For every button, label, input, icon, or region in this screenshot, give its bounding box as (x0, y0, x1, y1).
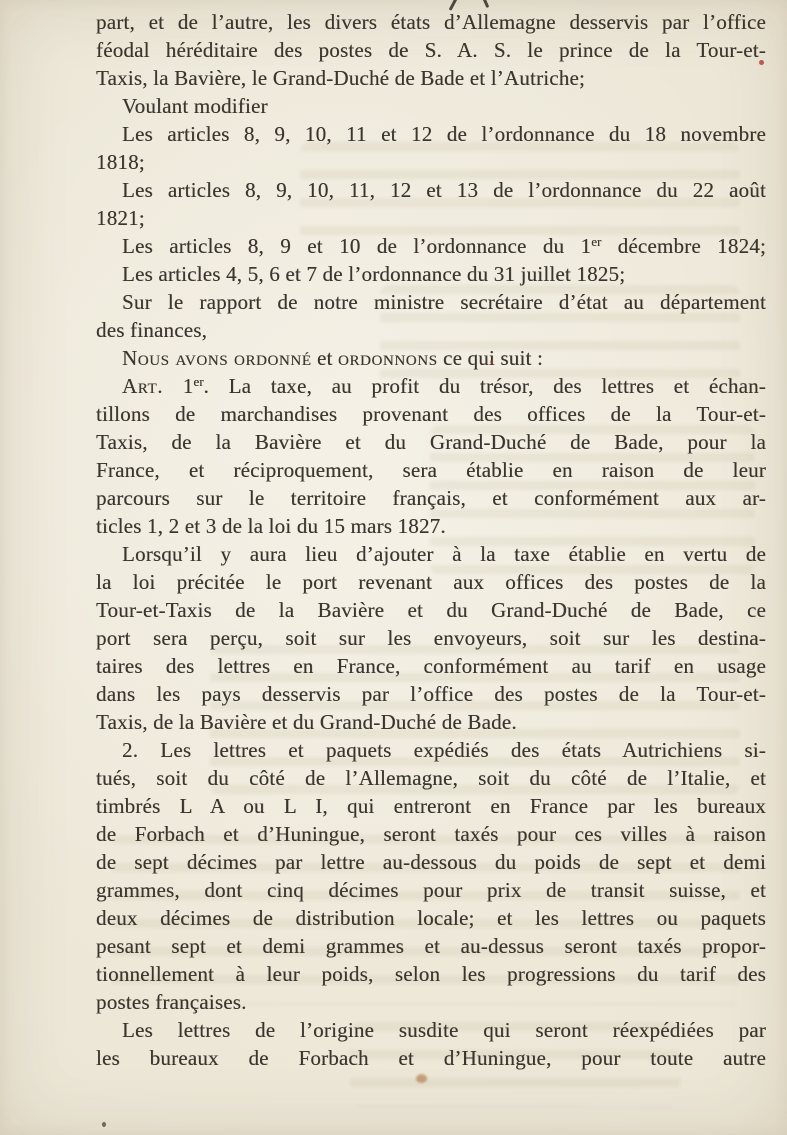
text-line: taires des lettres en France, conforméme… (96, 652, 766, 680)
text-line: ticles 1, 2 et 3 de la loi du 15 mars 18… (96, 512, 766, 540)
line-segment: et (312, 346, 338, 370)
text-line: 1821; (96, 204, 766, 232)
text-line: tués, soit du côté de l’Allemagne, soit … (96, 764, 766, 792)
text-line: dans les pays desservis par l’office des… (96, 680, 766, 708)
text-line: grammes, dont cinq décimes pour prix de … (96, 876, 766, 904)
text-line: Taxis, de la Bavière et du Grand-Duché d… (96, 708, 766, 736)
text-line: Les articles 8, 9, 10, 11, 12 et 13 de l… (96, 176, 766, 204)
text-line: pesant sept et demi grammes et au-dessus… (96, 932, 766, 960)
text-line: Tour-et-Taxis de la Bavière et du Grand-… (96, 596, 766, 624)
article-1-opening-line: Art. 1er. La taxe, au profit du trésor, … (96, 372, 766, 400)
text-line: Les articles 4, 5, 6 et 7 de l’ordonnanc… (96, 260, 766, 288)
text-line: France, et réciproquement, sera établie … (96, 456, 766, 484)
text-line: Sur le rapport de notre ministre secréta… (96, 288, 766, 316)
ordinal-superscript: er (591, 234, 601, 249)
line-segment: décembre 1824; (601, 234, 766, 258)
text-line: féodal héréditaire des postes de S. A. S… (96, 36, 766, 64)
text-line: parcours sur le territoire français, et … (96, 484, 766, 512)
text-line: postes françaises. (96, 988, 766, 1016)
line-segment: 1 (163, 374, 193, 398)
text-line: timbrés L A ou L I, qui entreront en Fra… (96, 792, 766, 820)
text-line: la loi précitée le port revenant aux off… (96, 568, 766, 596)
text-line: tillons de marchandises provenant des of… (96, 400, 766, 428)
text-line: des finances, (96, 316, 766, 344)
text-line: Les lettres de l’origine susdite qui ser… (96, 1016, 766, 1044)
text-line: port sera perçu, soit sur les envoyeurs,… (96, 624, 766, 652)
text-line: Taxis, la Bavière, le Grand-Duché de Bad… (96, 64, 766, 92)
ordinal-superscript: er (193, 374, 203, 389)
text-line: Taxis, de la Bavière et du Grand-Duché d… (96, 428, 766, 456)
small-caps-segment: Nous avons ordonné (122, 346, 312, 370)
article-2-opening-line: 2. Les lettres et paquets expédiés des é… (96, 736, 766, 764)
ink-stain (102, 1122, 106, 1127)
text-line: Voulant modifier (96, 92, 766, 120)
small-caps-segment: Art. (122, 374, 163, 398)
text-line: Lorsqu’il y aura lieu d’ajouter à la tax… (96, 540, 766, 568)
cropped-glyph-fragment (482, 0, 490, 8)
ordination-formula-line: Nous avons ordonné et ordonnons ce qui s… (96, 344, 766, 372)
small-caps-segment: ordonnons (338, 346, 438, 370)
text-line: de sept décimes par lettre au-dessous du… (96, 848, 766, 876)
text-line: Les articles 8, 9, 10, 11 et 12 de l’ord… (96, 120, 766, 148)
line-segment: . La taxe, au profit du trésor, des lett… (204, 374, 766, 398)
scanned-page: part, et de l’autre, les divers états d’… (0, 0, 787, 1135)
text-line: Les articles 8, 9 et 10 de l’ordonnance … (96, 232, 766, 260)
text-line: part, et de l’autre, les divers états d’… (96, 8, 766, 36)
text-line: 1818; (96, 148, 766, 176)
text-line: tionnellement à leur poids, selon les pr… (96, 960, 766, 988)
line-segment: Les articles 8, 9 et 10 de l’ordonnance … (122, 234, 591, 258)
page-text: part, et de l’autre, les divers états d’… (96, 8, 766, 1072)
text-line: les bureaux de Forbach et d’Huningue, po… (96, 1044, 766, 1072)
text-line: de Forbach et d’Huningue, seront taxés p… (96, 820, 766, 848)
text-line: deux décimes de distribution locale; et … (96, 904, 766, 932)
line-segment: ce qui suit : (438, 346, 543, 370)
foxing-stain (416, 1074, 427, 1083)
